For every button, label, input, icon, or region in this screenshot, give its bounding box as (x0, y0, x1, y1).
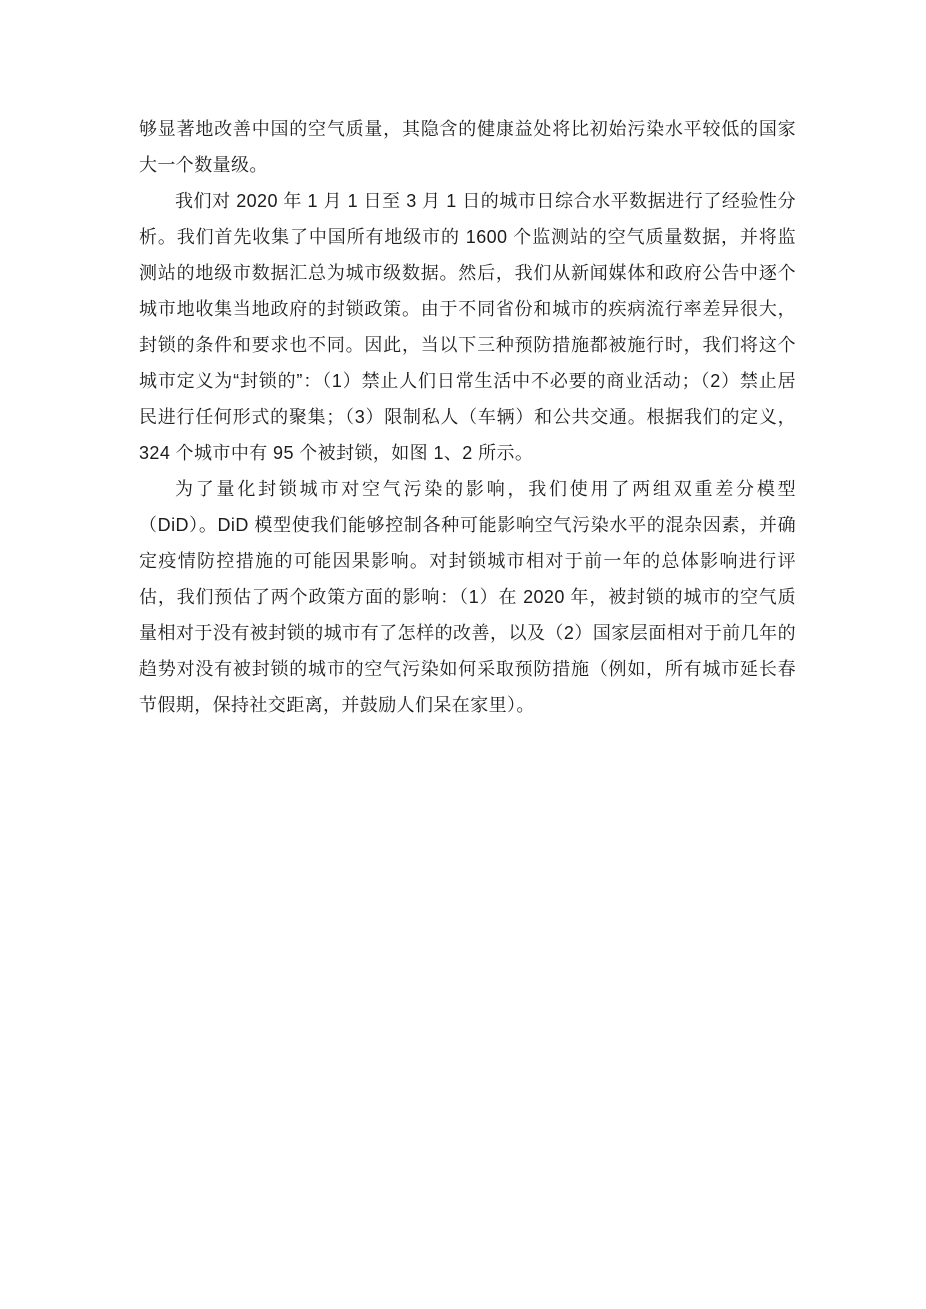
page-text-block: 够显著地改善中国的空气质量，其隐含的健康益处将比初始污染水平较低的国家大一个数量… (139, 111, 796, 723)
paragraph-continuation: 够显著地改善中国的空气质量，其隐含的健康益处将比初始污染水平较低的国家大一个数量… (139, 111, 796, 183)
document-page: 够显著地改善中国的空气质量，其隐含的健康益处将比初始污染水平较低的国家大一个数量… (0, 0, 926, 1309)
paragraph-did-model: 为了量化封锁城市对空气污染的影响，我们使用了两组双重差分模型（DiD）。DiD … (139, 471, 796, 723)
paragraph-empirical-analysis: 我们对 2020 年 1 月 1 日至 3 月 1 日的城市日综合水平数据进行了… (139, 183, 796, 471)
